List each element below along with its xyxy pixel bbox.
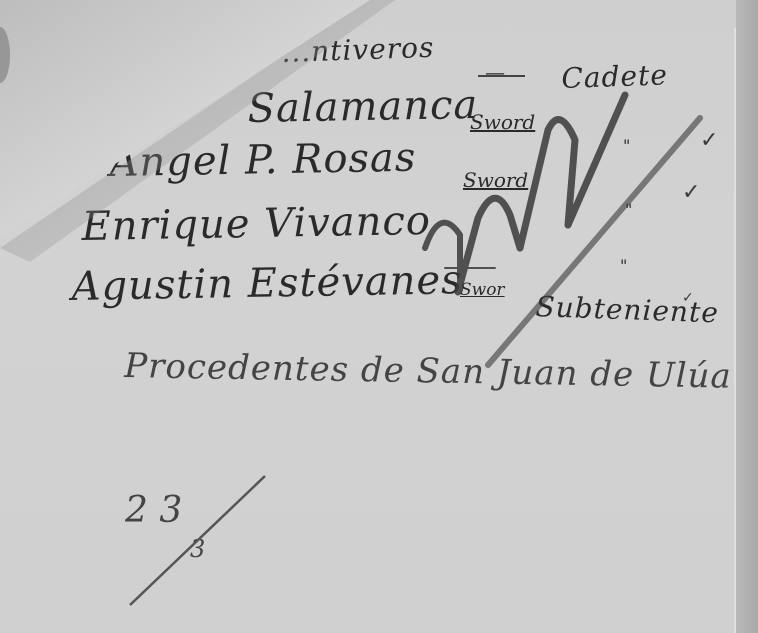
pencil-strike-marks: [0, 0, 758, 633]
